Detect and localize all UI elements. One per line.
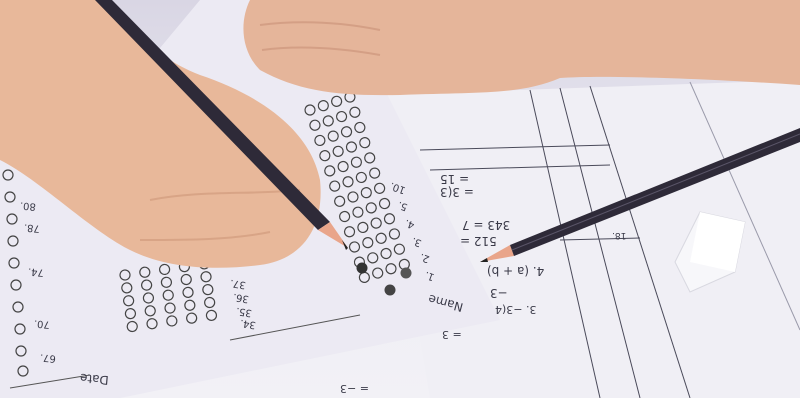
photo-scene: Name Date 37. 36. 35. 34. 1. 2. 3. 4. 5.… bbox=[0, 0, 800, 398]
writing-hand bbox=[0, 0, 800, 398]
